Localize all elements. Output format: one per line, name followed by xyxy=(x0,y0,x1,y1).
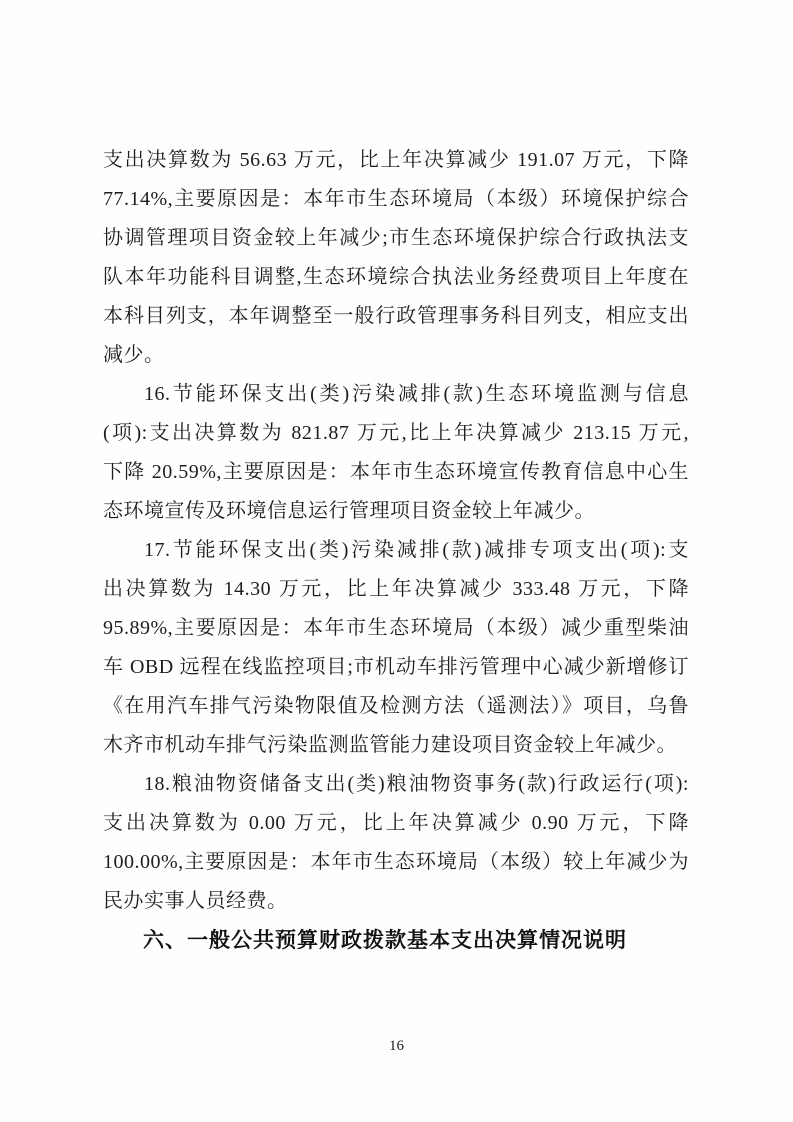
text-line: 支出决算数为 0.00 万元，比上年决算减少 0.90 万元，下降 xyxy=(103,804,689,843)
text-line: 态环境宣传及环境信息运行管理项目资金较上年减少。 xyxy=(103,492,689,531)
para-item-16: 16.节能环保支出(类)污染减排(款)生态环境监测与信息(项):支出决算数为 8… xyxy=(103,375,689,531)
text-line: 77.14%,主要原因是：本年市生态环境局（本级）环境保护综合 xyxy=(103,180,689,219)
text-line: 队本年功能科目调整,生态环境综合执法业务经费项目上年度在 xyxy=(103,258,689,297)
para-item-15-continued: 支出决算数为 56.63 万元，比上年决算减少 191.07 万元，下降77.1… xyxy=(103,141,689,375)
text-line: 100.00%,主要原因是：本年市生态环境局（本级）较上年减少为 xyxy=(103,843,689,882)
paragraph-list: 支出决算数为 56.63 万元，比上年决算减少 191.07 万元，下降77.1… xyxy=(103,141,689,921)
text-line: 下降 20.59%,主要原因是：本年市生态环境宣传教育信息中心生 xyxy=(103,453,689,492)
page-number: 16 xyxy=(0,1038,793,1055)
text-line: 16.节能环保支出(类)污染减排(款)生态环境监测与信息 xyxy=(103,375,689,414)
text-line: 17.节能环保支出(类)污染减排(款)减排专项支出(项):支 xyxy=(103,531,689,570)
text-line: 《在用汽车排气污染物限值及检测方法（遥测法）》项目，乌鲁 xyxy=(103,687,689,726)
text-line: 18.粮油物资储备支出(类)粮油物资事务(款)行政运行(项): xyxy=(103,765,689,804)
text-line: 减少。 xyxy=(103,336,689,375)
text-line: 出决算数为 14.30 万元，比上年决算减少 333.48 万元，下降 xyxy=(103,570,689,609)
text-line: 车 OBD 远程在线监控项目;市机动车排污管理中心减少新增修订 xyxy=(103,648,689,687)
section-heading: 六、一般公共预算财政拨款基本支出决算情况说明 xyxy=(103,921,689,960)
text-line: 本科目列支，本年调整至一般行政管理事务科目列支，相应支出 xyxy=(103,297,689,336)
text-line: 95.89%,主要原因是：本年市生态环境局（本级）减少重型柴油 xyxy=(103,609,689,648)
document-page: 支出决算数为 56.63 万元，比上年决算减少 191.07 万元，下降77.1… xyxy=(0,0,793,1122)
para-item-17: 17.节能环保支出(类)污染减排(款)减排专项支出(项):支出决算数为 14.3… xyxy=(103,531,689,765)
text-line: 木齐市机动车排气污染监测监管能力建设项目资金较上年减少。 xyxy=(103,726,689,765)
body-text: 支出决算数为 56.63 万元，比上年决算减少 191.07 万元，下降77.1… xyxy=(103,141,689,960)
para-item-18: 18.粮油物资储备支出(类)粮油物资事务(款)行政运行(项):支出决算数为 0.… xyxy=(103,765,689,921)
text-line: 协调管理项目资金较上年减少;市生态环境保护综合行政执法支 xyxy=(103,219,689,258)
text-line: 民办实事人员经费。 xyxy=(103,882,689,921)
text-line: 支出决算数为 56.63 万元，比上年决算减少 191.07 万元，下降 xyxy=(103,141,689,180)
text-line: (项):支出决算数为 821.87 万元,比上年决算减少 213.15 万元, xyxy=(103,414,689,453)
